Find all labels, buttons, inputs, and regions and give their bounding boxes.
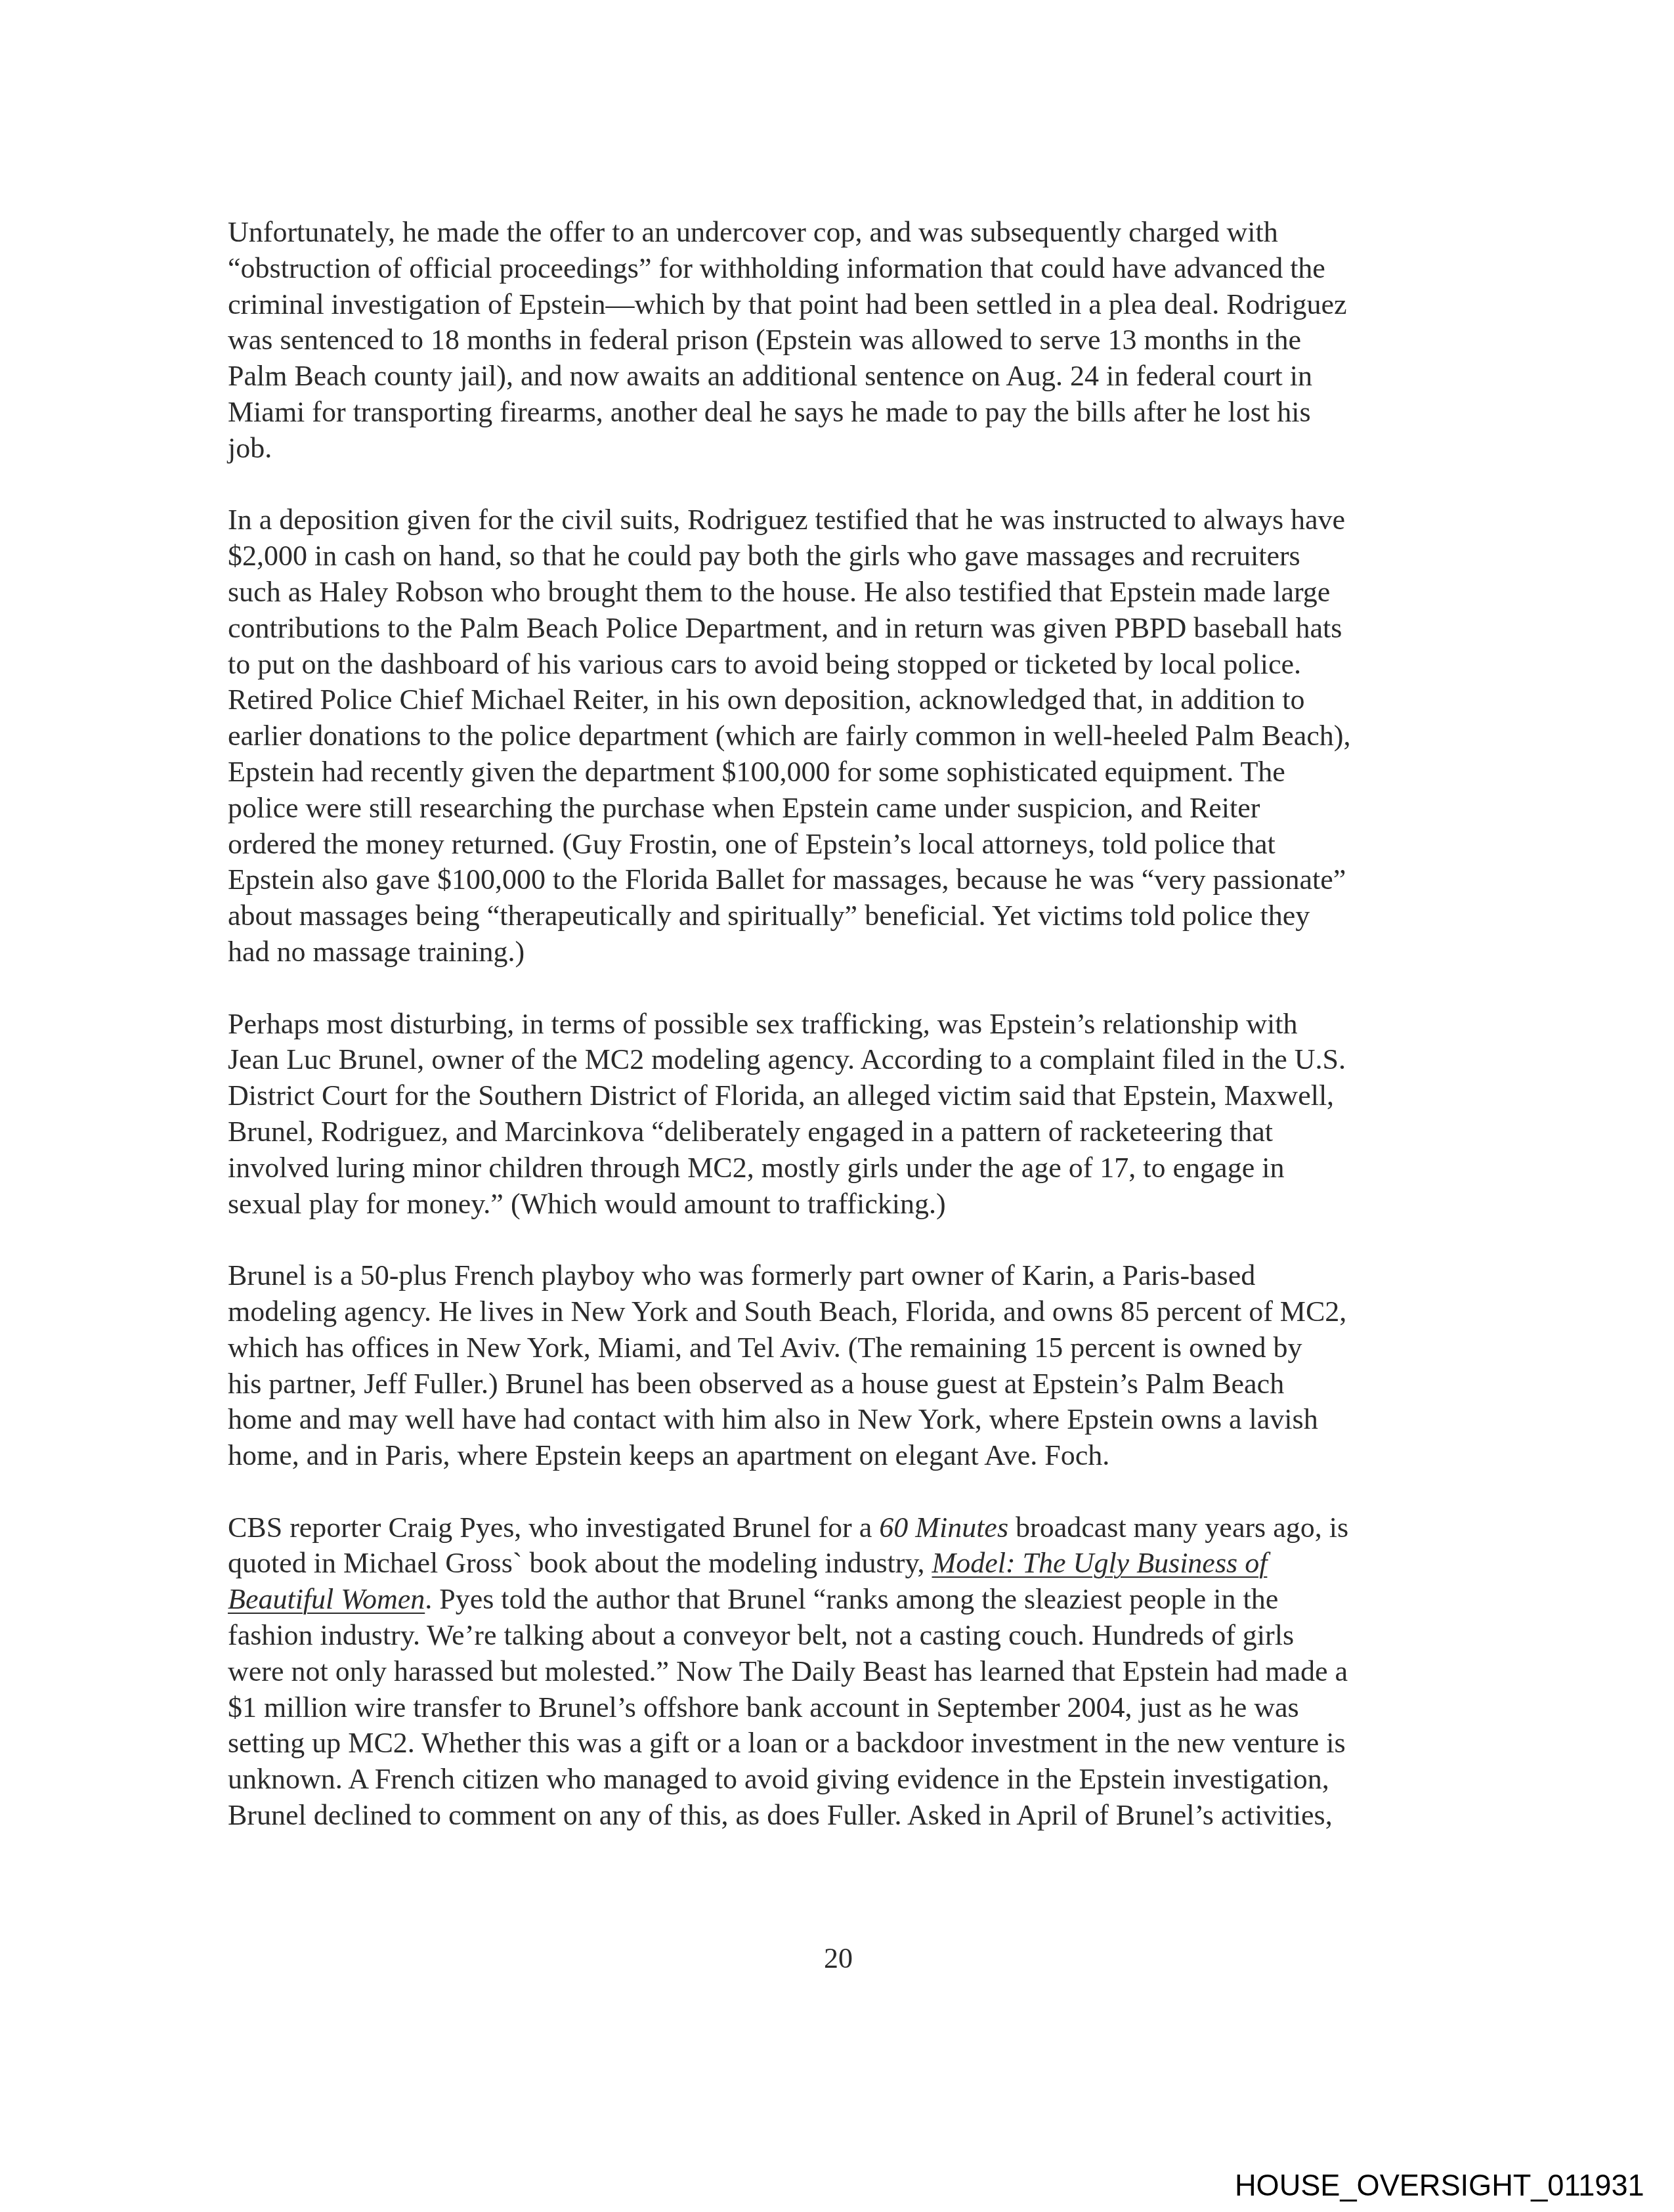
text-line: earlier donations to the police departme… [228, 718, 1475, 754]
text-run: $2,000 in cash on hand, so that he could… [228, 540, 1300, 572]
book-title: Model: The Ugly Business of [932, 1547, 1268, 1579]
document-body: Unfortunately, he made the offer to an u… [228, 215, 1475, 1834]
text-line: quoted in Michael Gross` book about the … [228, 1546, 1475, 1582]
text-line: fashion industry. We’re talking about a … [228, 1618, 1475, 1654]
text-line: police were still researching the purcha… [228, 791, 1475, 827]
paragraph: In a deposition given for the civil suit… [228, 502, 1475, 970]
text-line: Beautiful Women. Pyes told the author th… [228, 1582, 1475, 1618]
text-line: his partner, Jeff Fuller.) Brunel has be… [228, 1366, 1475, 1402]
text-line: ordered the money returned. (Guy Frostin… [228, 827, 1475, 863]
program-title: 60 Minutes [879, 1511, 1008, 1544]
text-run: Palm Beach county jail), and now awaits … [228, 360, 1312, 392]
text-line: In a deposition given for the civil suit… [228, 502, 1475, 538]
text-run: modeling agency. He lives in New York an… [228, 1295, 1346, 1328]
text-run: CBS reporter Craig Pyes, who investigate… [228, 1511, 879, 1544]
text-line: setting up MC2. Whether this was a gift … [228, 1725, 1475, 1762]
text-run: Unfortunately, he made the offer to an u… [228, 216, 1278, 248]
text-run: such as Haley Robson who brought them to… [228, 576, 1330, 608]
document-page: Unfortunately, he made the offer to an u… [0, 0, 1674, 2212]
text-run: his partner, Jeff Fuller.) Brunel has be… [228, 1368, 1284, 1400]
bates-stamp: HOUSE_OVERSIGHT_011931 [1235, 2167, 1644, 2203]
text-run: Jean Luc Brunel, owner of the MC2 modeli… [228, 1043, 1346, 1075]
text-line: District Court for the Southern District… [228, 1078, 1475, 1114]
text-line: “obstruction of official proceedings” fo… [228, 251, 1475, 287]
paragraph: CBS reporter Craig Pyes, who investigate… [228, 1510, 1475, 1834]
text-line: Epstein also gave $100,000 to the Florid… [228, 862, 1475, 898]
text-run: contributions to the Palm Beach Police D… [228, 612, 1342, 644]
text-run: quoted in Michael Gross` book about the … [228, 1547, 932, 1579]
text-line: home and may well have had contact with … [228, 1402, 1475, 1438]
text-run: were not only harassed but molested.” No… [228, 1655, 1348, 1687]
text-run: police were still researching the purcha… [228, 792, 1260, 824]
text-line: unknown. A French citizen who managed to… [228, 1762, 1475, 1798]
text-run: was sentenced to 18 months in federal pr… [228, 324, 1301, 356]
text-run: earlier donations to the police departme… [228, 720, 1350, 752]
text-run: to put on the dashboard of his various c… [228, 648, 1301, 680]
text-line: was sentenced to 18 months in federal pr… [228, 322, 1475, 358]
text-line: Brunel, Rodriguez, and Marcinkova “delib… [228, 1114, 1475, 1150]
paragraph: Unfortunately, he made the offer to an u… [228, 215, 1475, 467]
text-run: Epstein also gave $100,000 to the Florid… [228, 863, 1346, 896]
text-line: Retired Police Chief Michael Reiter, in … [228, 682, 1475, 718]
text-line: Miami for transporting firearms, another… [228, 395, 1475, 431]
paragraph: Perhaps most disturbing, in terms of pos… [228, 1007, 1475, 1223]
text-line: Brunel is a 50-plus French playboy who w… [228, 1258, 1475, 1294]
text-run: . Pyes told the author that Brunel “rank… [425, 1583, 1278, 1615]
text-line: $2,000 in cash on hand, so that he could… [228, 538, 1475, 575]
text-line: modeling agency. He lives in New York an… [228, 1294, 1475, 1330]
text-run: had no massage training.) [228, 936, 525, 968]
text-run: unknown. A French citizen who managed to… [228, 1763, 1329, 1795]
text-line: Palm Beach county jail), and now awaits … [228, 358, 1475, 395]
text-run: fashion industry. We’re talking about a … [228, 1619, 1294, 1651]
text-run: home and may well have had contact with … [228, 1403, 1318, 1435]
text-run: job. [228, 432, 272, 464]
text-run: Brunel is a 50-plus French playboy who w… [228, 1259, 1255, 1291]
text-run: ordered the money returned. (Guy Frostin… [228, 828, 1276, 860]
text-run: Brunel declined to comment on any of thi… [228, 1799, 1333, 1831]
text-line: Jean Luc Brunel, owner of the MC2 modeli… [228, 1042, 1475, 1078]
text-run: sexual play for money.” (Which would amo… [228, 1188, 946, 1220]
text-run: home, and in Paris, where Epstein keeps … [228, 1439, 1109, 1471]
text-line: home, and in Paris, where Epstein keeps … [228, 1438, 1475, 1474]
text-line: to put on the dashboard of his various c… [228, 647, 1475, 683]
text-run: District Court for the Southern District… [228, 1079, 1334, 1112]
book-title: Beautiful Women [228, 1583, 425, 1615]
text-line: contributions to the Palm Beach Police D… [228, 611, 1475, 647]
text-line: involved luring minor children through M… [228, 1150, 1475, 1186]
text-run: $1 million wire transfer to Brunel’s off… [228, 1691, 1299, 1724]
paragraph: Brunel is a 50-plus French playboy who w… [228, 1258, 1475, 1474]
text-line: which has offices in New York, Miami, an… [228, 1330, 1475, 1366]
text-line: about massages being “therapeutically an… [228, 898, 1475, 934]
text-run: about massages being “therapeutically an… [228, 900, 1310, 932]
text-run: Epstein had recently given the departmen… [228, 756, 1285, 788]
text-run: Retired Police Chief Michael Reiter, in … [228, 683, 1305, 716]
text-run: involved luring minor children through M… [228, 1152, 1284, 1184]
text-run: Brunel, Rodriguez, and Marcinkova “delib… [228, 1116, 1273, 1148]
page-number: 20 [0, 1941, 1674, 1976]
text-run: “obstruction of official proceedings” fo… [228, 252, 1325, 284]
text-line: such as Haley Robson who brought them to… [228, 575, 1475, 611]
text-line: Unfortunately, he made the offer to an u… [228, 215, 1475, 251]
text-line: Brunel declined to comment on any of thi… [228, 1798, 1475, 1834]
text-line: criminal investigation of Epstein—which … [228, 287, 1475, 323]
text-line: Perhaps most disturbing, in terms of pos… [228, 1007, 1475, 1043]
text-run: Miami for transporting firearms, another… [228, 396, 1311, 428]
text-line: Epstein had recently given the departmen… [228, 754, 1475, 791]
text-line: were not only harassed but molested.” No… [228, 1654, 1475, 1690]
text-run: In a deposition given for the civil suit… [228, 504, 1345, 536]
text-line: sexual play for money.” (Which would amo… [228, 1186, 1475, 1223]
text-line: had no massage training.) [228, 934, 1475, 970]
text-line: CBS reporter Craig Pyes, who investigate… [228, 1510, 1475, 1546]
text-run: Perhaps most disturbing, in terms of pos… [228, 1008, 1297, 1040]
text-run: setting up MC2. Whether this was a gift … [228, 1727, 1346, 1759]
text-run: broadcast many years ago, is [1008, 1511, 1348, 1544]
text-line: job. [228, 431, 1475, 467]
text-line: $1 million wire transfer to Brunel’s off… [228, 1690, 1475, 1726]
text-run: which has offices in New York, Miami, an… [228, 1332, 1302, 1364]
text-run: criminal investigation of Epstein—which … [228, 288, 1347, 320]
